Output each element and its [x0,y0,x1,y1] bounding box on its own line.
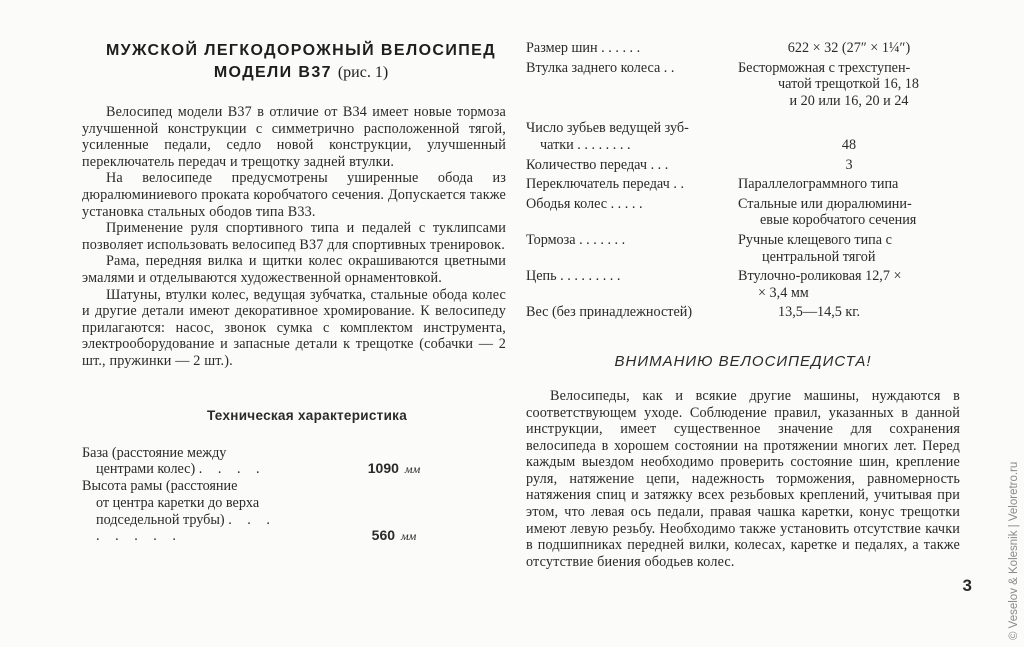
spec-row-weight: Вес (без принадлежностей) 13,5—14,5 кг. [526,304,960,321]
spec-row-frame-height: Высота рамы (расстояние от центра каретк… [82,478,506,545]
leader-dots: . . . . [199,461,266,477]
spec-label: Размер шин . . . . . . [526,40,738,57]
paragraph: Шатуны, втулки колес, ведущая зубчатка, … [82,287,506,370]
figure-reference: (рис. 1) [338,64,388,81]
spec-value-line: Ручные клещевого типа с [738,232,892,248]
spec-row-derailleur: Переключатель передач . . Параллелограмм… [526,176,960,193]
spec-row-rear-hub: Втулка заднего колеса . . Бесторможная с… [526,60,960,110]
spec-value: Ручные клещевого типа с центральной тяго… [738,232,960,265]
spec-label: Втулка заднего колеса . . [526,60,738,110]
spec-value: 622 × 32 (27″ × 1¼″) [738,40,960,57]
spec-value: 48 [738,137,960,154]
spec-label: База (расстояние между центрами колес) .… [82,445,282,479]
spec-value: 560мм [282,527,506,545]
spec-label-rest: центрами колес) [96,461,195,477]
spec-value: Бесторможная с трехступен- чатой трещотк… [738,60,960,110]
spec-label: Вес (без принадлежностей) [526,304,738,321]
attention-heading: ВНИМАНИЮ ВЕЛОСИПЕДИСТА! [526,353,960,370]
spec-value: 3 [738,157,960,174]
intro-paragraphs: Велосипед модели В37 в отличие от В34 им… [78,104,506,370]
spec-value-line: чатой трещоткой 16, 18 [738,76,960,93]
spec-label: Количество передач . . . [526,157,738,174]
left-page: МУЖСКОЙ ЛЕГКОДОРОЖНЫЙ ВЕЛОСИПЕД МОДЕЛИ В… [78,40,506,545]
paragraph: Применение руля спортивного типа и педал… [82,220,506,253]
spec-label: Цепь . . . . . . . . . [526,268,738,301]
paragraph: Рама, передняя вилка и щитки колес окраш… [82,253,506,286]
spec-label: Число зубьев ведущей зуб- чатки . . . . … [526,120,738,153]
spec-row-wheelbase: База (расстояние между центрами колес) .… [82,445,506,479]
spec-label: Высота рамы (расстояние от центра каретк… [82,478,282,545]
attention-paragraph: Велосипеды, как и всякие другие машины, … [526,388,960,571]
title-line-1: МУЖСКОЙ ЛЕГКОДОРОЖНЫЙ ВЕЛОСИПЕД [96,40,506,62]
spec-value: Стальные или дюралюмини- евые коробчатог… [738,196,960,229]
title-line-2: МОДЕЛИ В37 (рис. 1) [96,62,506,84]
spec-row-rims: Ободья колес . . . . . Стальные или дюра… [526,196,960,229]
spec-label-line: Число зубьев ведущей зуб- [526,120,689,136]
spec-unit: мм [401,529,416,543]
spec-value-line: Стальные или дюралюмини- [738,196,912,212]
spec-row-chain: Цепь . . . . . . . . . Втулочно-роликова… [526,268,960,301]
spec-row-brakes: Тормоза . . . . . . . Ручные клещевого т… [526,232,960,265]
spec-value: 13,5—14,5 кг. [738,304,960,321]
tech-specs-heading: Техническая характеристика [108,408,506,423]
spec-row-gear-count: Количество передач . . . 3 [526,157,960,174]
attention-body: Велосипеды, как и всякие другие машины, … [526,388,960,571]
spec-label-cont: от центра каретки до верха подседельной … [82,495,282,545]
spec-value-line: Втулочно-роликовая 12,7 × [738,268,902,284]
spec-value-line: евые коробчатого сечения [738,212,960,229]
spec-label: Переключатель передач . . [526,176,738,193]
spec-value: Втулочно-роликовая 12,7 × × 3,4 мм [738,268,960,301]
spec-row-tire-size: Размер шин . . . . . . 622 × 32 (27″ × 1… [526,40,960,57]
spec-value-line: центральной тягой [738,249,960,266]
spec-label-line: Высота рамы (расстояние [82,478,237,494]
spec-row-chainring-teeth: Число зубьев ведущей зуб- чатки . . . . … [526,120,960,153]
spec-label: Тормоза . . . . . . . [526,232,738,265]
spec-value: 1090мм [282,460,506,478]
spec-value-number: 560 [372,527,395,543]
right-page: Размер шин . . . . . . 622 × 32 (27″ × 1… [526,40,960,570]
spec-value-line: × 3,4 мм [738,285,960,302]
spec-unit: мм [405,462,420,476]
spec-value-line: Бесторможная с трехступен- [738,60,910,76]
spec-label-cont: центрами колес) . . . . [82,461,282,478]
page-number: 3 [963,576,972,596]
model-name: МОДЕЛИ В37 [214,64,332,81]
copyright-watermark: © Veselov & Kolesnik | Veloretro.ru [1008,462,1020,640]
spec-label-line: База (расстояние между [82,445,226,461]
spec-label-cont: чатки . . . . . . . . [526,137,738,154]
paragraph: Велосипед модели В37 в отличие от В34 им… [82,104,506,170]
spec-value-number: 1090 [368,460,399,476]
spec-value: Параллелограммного типа [738,176,960,193]
spec-value-line: и 20 или 16, 20 и 24 [738,93,960,110]
document-title: МУЖСКОЙ ЛЕГКОДОРОЖНЫЙ ВЕЛОСИПЕД МОДЕЛИ В… [96,40,506,84]
paragraph: На велосипеде предусмотрены уширенные об… [82,170,506,220]
tech-specs-left: База (расстояние между центрами колес) .… [78,445,506,546]
tech-specs-right: Размер шин . . . . . . 622 × 32 (27″ × 1… [526,40,960,321]
spec-label: Ободья колес . . . . . [526,196,738,229]
